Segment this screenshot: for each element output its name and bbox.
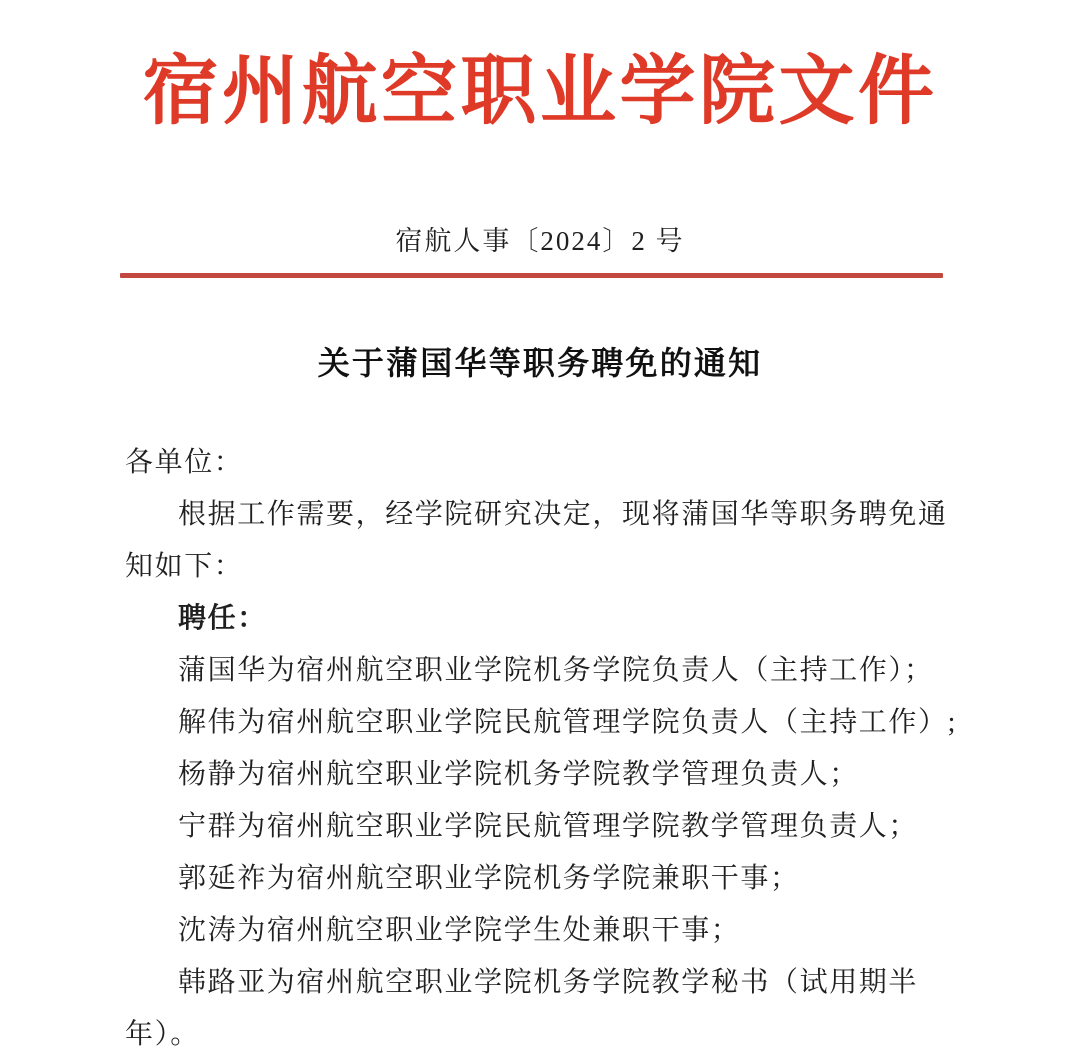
body-line: 蒲国华为宿州航空职业学院机务学院负责人（主持工作）； <box>125 642 970 694</box>
document-title: 关于蒲国华等职务聘免的通知 <box>0 342 1080 384</box>
document-body: 各单位：根据工作需要，经学院研究决定，现将蒲国华等职务聘免通知如下：聘任：蒲国华… <box>0 434 1080 1058</box>
body-line: 年）。 <box>125 1006 970 1058</box>
document-page: 宿州航空职业学院文件 宿航人事〔2024〕2 号 关于蒲国华等职务聘免的通知 各… <box>0 0 1080 1063</box>
body-line: 杨静为宿州航空职业学院机务学院教学管理负责人； <box>125 746 970 798</box>
body-line: 聘任： <box>125 590 970 642</box>
body-line: 宁群为宿州航空职业学院民航管理学院教学管理负责人； <box>125 798 970 850</box>
document-number: 宿航人事〔2024〕2 号 <box>0 226 1080 256</box>
body-line: 各单位： <box>125 434 970 486</box>
body-line: 郭延祚为宿州航空职业学院机务学院兼职干事； <box>125 850 970 902</box>
body-line: 知如下： <box>125 538 970 590</box>
body-line: 根据工作需要，经学院研究决定，现将蒲国华等职务聘免通 <box>125 486 970 538</box>
body-line: 沈涛为宿州航空职业学院学生处兼职干事； <box>125 902 970 954</box>
red-divider-line <box>120 273 943 278</box>
institution-title: 宿州航空职业学院文件 <box>0 0 1080 134</box>
body-line: 解伟为宿州航空职业学院民航管理学院负责人（主持工作）; <box>125 694 970 746</box>
body-line: 韩路亚为宿州航空职业学院机务学院教学秘书（试用期半 <box>125 954 970 1006</box>
